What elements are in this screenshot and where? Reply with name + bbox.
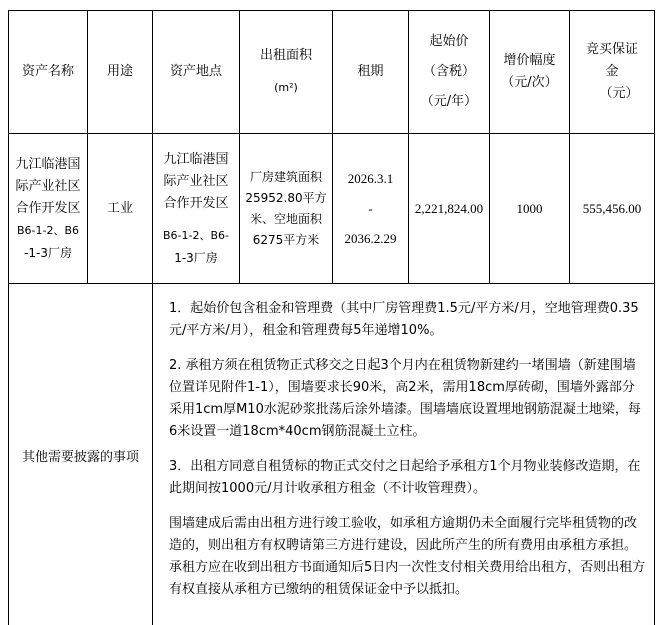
cell-deposit: 555,456.00 — [570, 134, 655, 284]
header-row: 资产名称 用途 资产地点 出租面积 (m²) 租期 起始价 （含税） （元/年）… — [9, 11, 655, 134]
lease-separator: - — [333, 198, 408, 220]
header-deposit-unit: （元） — [570, 83, 654, 105]
header-start-price: 起始价 （含税） （元/年） — [409, 11, 490, 134]
other-matters-row: 其他需要披露的事项 1．起始价包含租金和管理费（其中厂房管理费1.5元/平方米/… — [9, 284, 655, 625]
header-area-unit: (m²) — [240, 77, 332, 99]
header-location: 资产地点 — [153, 11, 240, 134]
header-start-price-unit: （元/年） — [409, 91, 489, 113]
header-increment-title: 增价幅度 — [490, 50, 569, 72]
note-paragraph-3: 3．出租方同意自租赁标的物正式交付之日起给予承租方1个月物业装修改造期，在此期间… — [169, 456, 646, 500]
cell-location: 九江临港国 际产业社区 合作开发区 B6-1-2、B6- 1-3厂房 — [153, 134, 240, 284]
table-row: 九江临港国 际产业社区 合作开发区 B6-1-2、B6 -1-3厂房 工业 九江… — [9, 134, 655, 284]
header-deposit-title-2: 金 — [570, 61, 654, 83]
cell-increment: 1000 — [490, 134, 570, 284]
cell-start-price: 2,221,824.00 — [409, 134, 490, 284]
header-deposit-title-1: 竞买保证 — [570, 39, 654, 61]
note-paragraph-1: 1．起始价包含租金和管理费（其中厂房管理费1.5元/平方米/月，空地管理费0.3… — [169, 298, 646, 342]
asset-lease-table: 资产名称 用途 资产地点 出租面积 (m²) 租期 起始价 （含税） （元/年）… — [8, 10, 655, 625]
lease-start: 2026.3.1 — [333, 168, 408, 190]
header-lease-term: 租期 — [333, 11, 409, 134]
header-asset-name: 资产名称 — [9, 11, 88, 134]
note-paragraph-2: 2. 承租方须在租赁物正式移交之日起3个月内在租赁物新建约一堵围墙（新建围墙位置… — [169, 355, 646, 443]
lease-end: 2036.2.29 — [333, 228, 408, 250]
cell-asset-name: 九江临港国 际产业社区 合作开发区 B6-1-2、B6 -1-3厂房 — [9, 134, 88, 284]
cell-area: 厂房建筑面积 25952.80平方 米、空地面积 6275平方米 — [240, 134, 333, 284]
other-matters-content: 1．起始价包含租金和管理费（其中厂房管理费1.5元/平方米/月，空地管理费0.3… — [153, 284, 655, 625]
other-matters-label: 其他需要披露的事项 — [9, 284, 153, 625]
cell-lease-term: 2026.3.1 - 2036.2.29 — [333, 134, 409, 284]
note-paragraph-4: 围墙建成后需由出租方进行竣工验收，如承租方逾期仍未全面履行完毕租赁物的改造的，则… — [169, 513, 646, 601]
header-increment-unit: （元/次） — [490, 72, 569, 94]
cell-usage: 工业 — [88, 134, 153, 284]
header-increment: 增价幅度 （元/次） — [490, 11, 570, 134]
header-area: 出租面积 (m²) — [240, 11, 333, 134]
header-start-price-tax: （含税） — [409, 61, 489, 83]
header-deposit: 竞买保证 金 （元） — [570, 11, 655, 134]
header-start-price-title: 起始价 — [409, 31, 489, 53]
header-usage: 用途 — [88, 11, 153, 134]
header-area-title: 出租面积 — [240, 45, 332, 67]
